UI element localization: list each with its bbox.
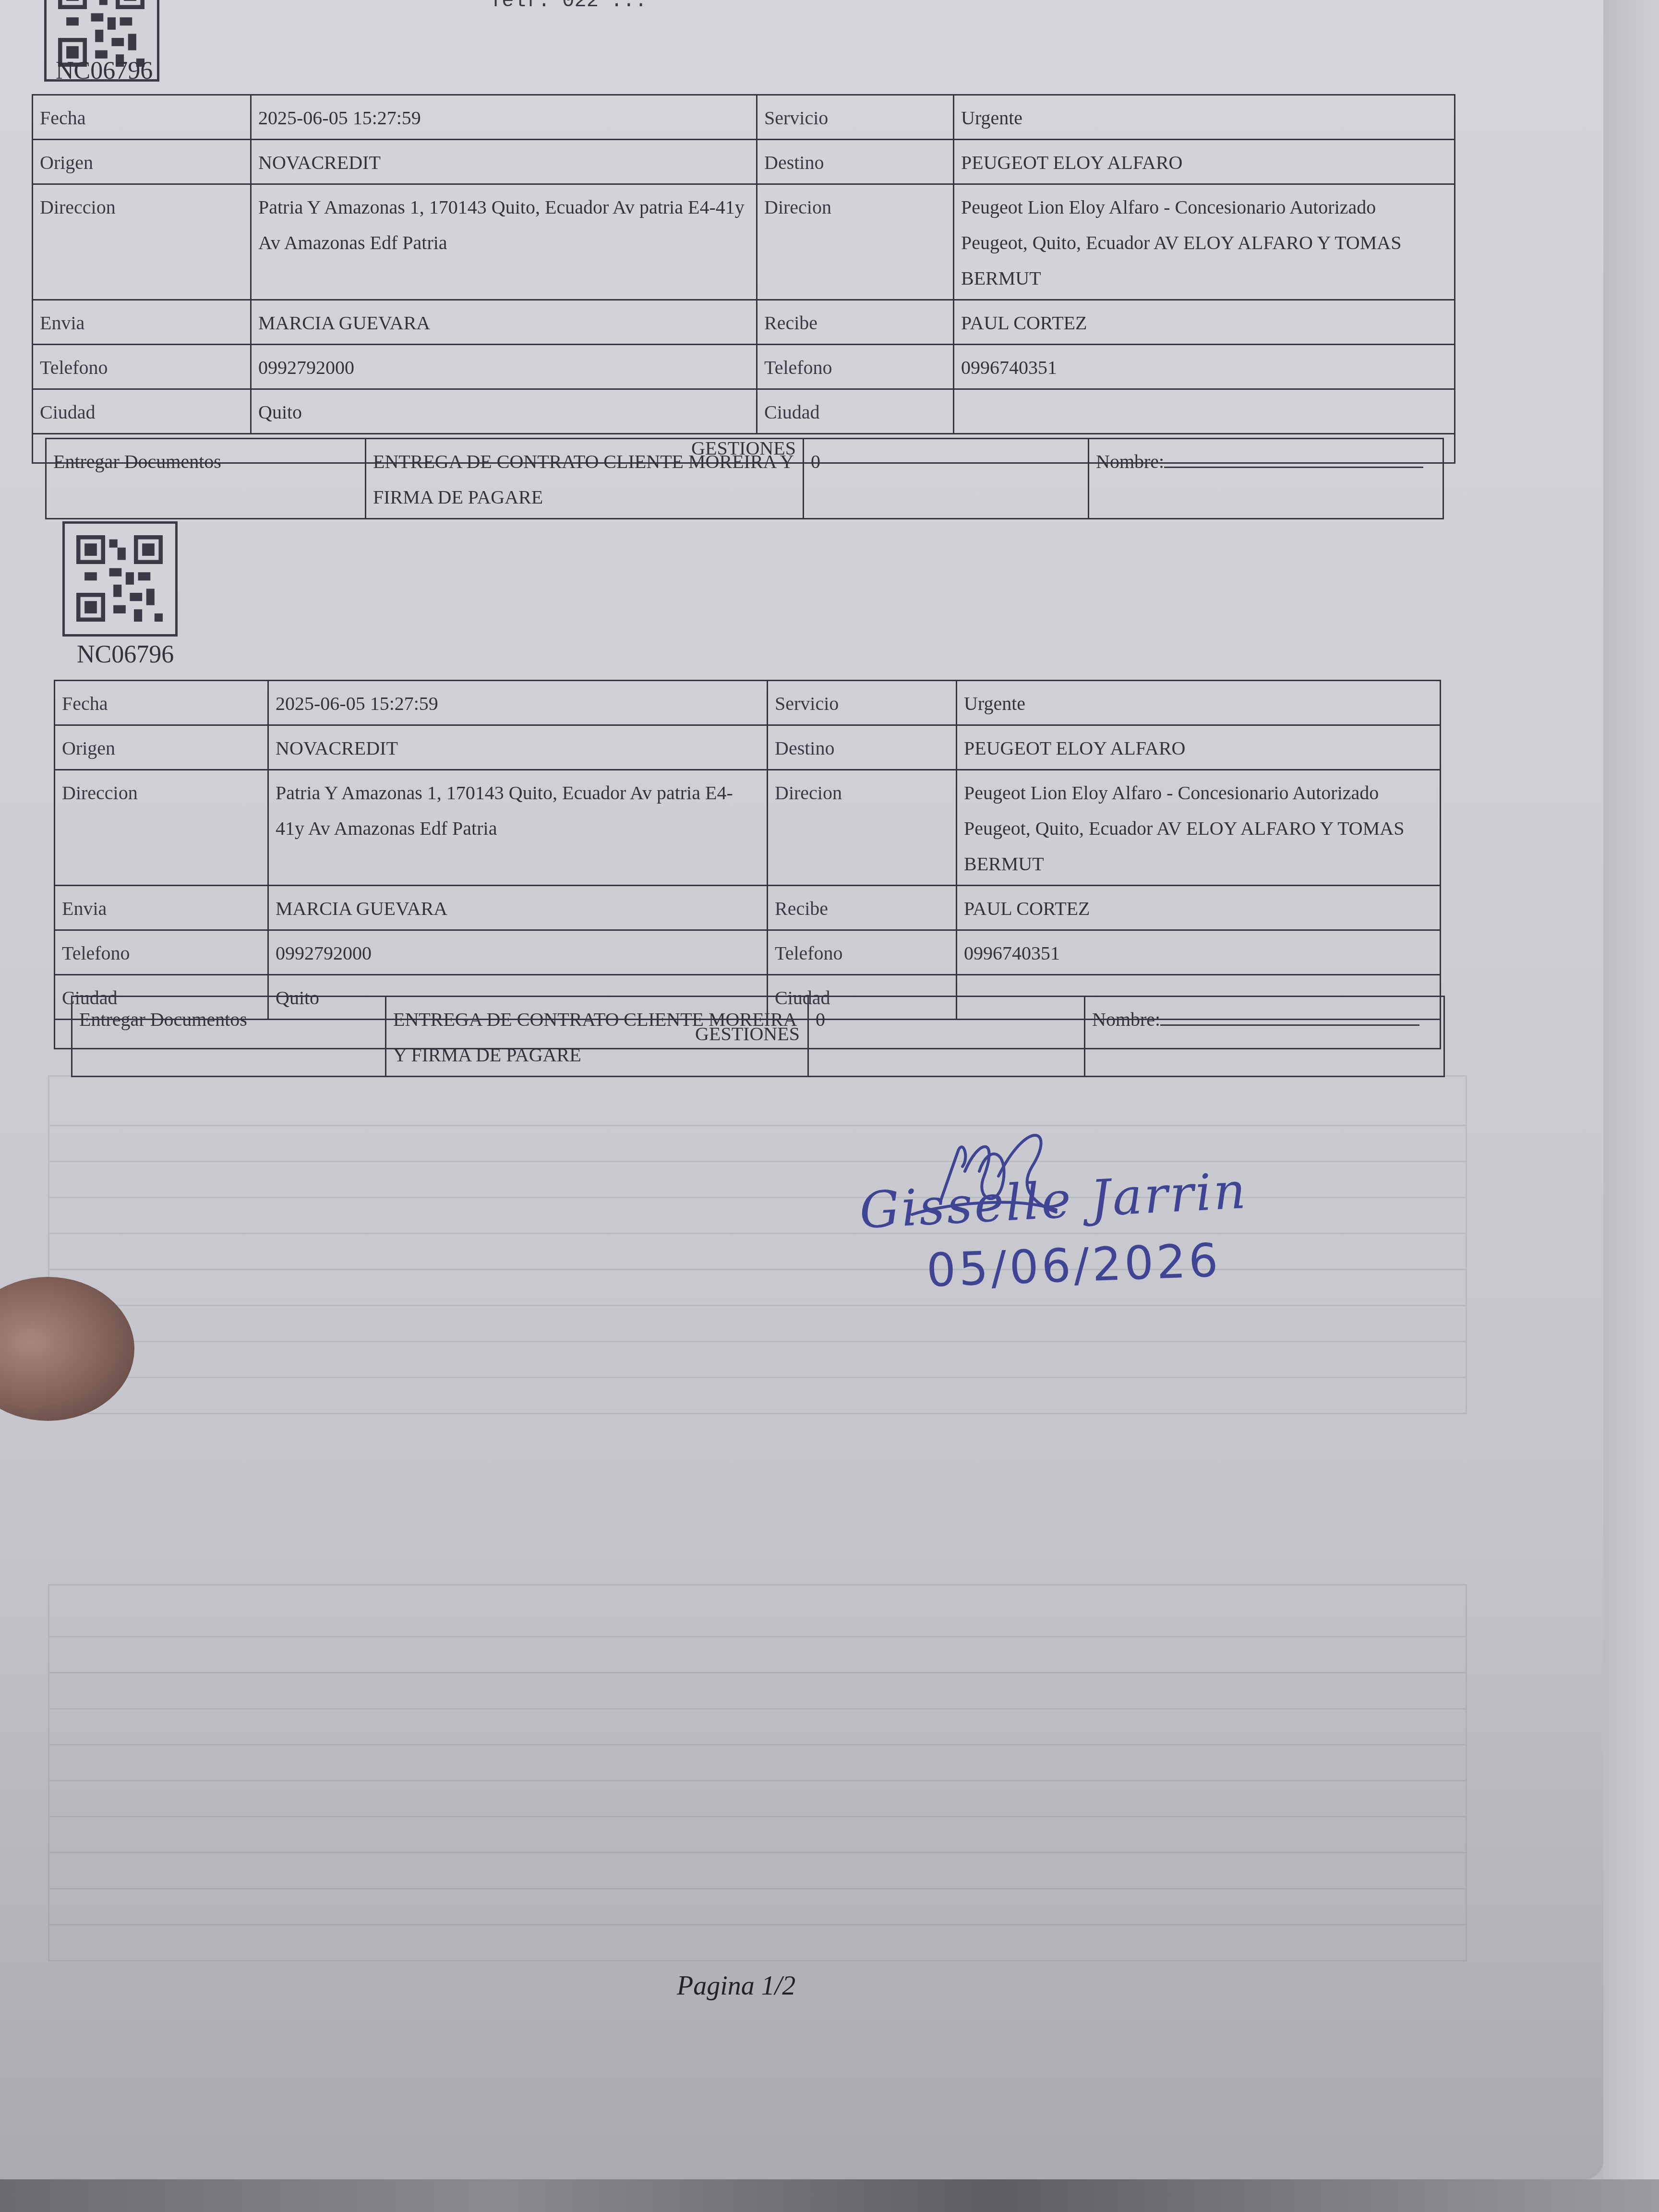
telefono-envia-label: Telefono — [55, 930, 268, 975]
guide-code: NC06796 — [77, 640, 174, 669]
destino-value: PEUGEOT ELOY ALFARO — [954, 140, 1455, 184]
page-number: Pagina 1/2 — [677, 1971, 795, 2001]
fecha-label: Fecha — [33, 95, 251, 140]
telefono-recibe-label: Telefono — [757, 345, 954, 389]
recibe-label: Recibe — [757, 300, 954, 345]
fecha-value: 2025-06-05 15:27:59 — [251, 95, 757, 140]
nombre-field: Nombre: — [1089, 439, 1443, 519]
telefono-recibe-value: 0996740351 — [957, 930, 1441, 975]
servicio-value: Urgente — [957, 681, 1441, 725]
show-through-back-table — [48, 1075, 1467, 1414]
servicio-value: Urgente — [954, 95, 1455, 140]
telefono-envia-value: 0992792000 — [268, 930, 768, 975]
guide-table-2: Fecha 2025-06-05 15:27:59 Servicio Urgen… — [54, 680, 1441, 1049]
gestion-detalle: ENTREGA DE CONTRATO CLIENTE MOREIRA Y FI… — [366, 439, 804, 519]
telefono-envia-value: 0992792000 — [251, 345, 757, 389]
servicio-label: Servicio — [757, 95, 954, 140]
direccion-label: Direccion — [33, 184, 251, 300]
direccion-origen-value: Patria Y Amazonas 1, 170143 Quito, Ecuad… — [251, 184, 757, 300]
signature-date-handwritten: 05/06/2026 — [926, 1233, 1222, 1297]
nombre-blank-line — [1160, 1008, 1419, 1026]
direccion-origen-value: Patria Y Amazonas 1, 170143 Quito, Ecuad… — [268, 770, 768, 886]
nombre-blank-line — [1164, 450, 1423, 468]
fecha-value: 2025-06-05 15:27:59 — [268, 681, 768, 725]
recibe-label: Recibe — [768, 886, 957, 930]
envia-value: MARCIA GUEVARA — [268, 886, 768, 930]
gestiones-table-2: Entregar Documentos ENTREGA DE CONTRATO … — [71, 996, 1445, 1077]
telefono-recibe-label: Telefono — [768, 930, 957, 975]
recibe-value: PAUL CORTEZ — [954, 300, 1455, 345]
envia-label: Envia — [55, 886, 268, 930]
guide-table-1: Fecha 2025-06-05 15:27:59 Servicio Urgen… — [32, 94, 1455, 464]
destino-label: Destino — [757, 140, 954, 184]
ciudad-envia-value: Quito — [251, 389, 757, 434]
header-contact-partial: Telf: 022 ... — [490, 0, 647, 12]
ciudad-recibe-label: Ciudad — [757, 389, 954, 434]
origen-value: NOVACREDIT — [251, 140, 757, 184]
guide-code: NC06796 — [56, 57, 153, 85]
nombre-field: Nombre: — [1085, 997, 1444, 1077]
fecha-label: Fecha — [55, 681, 268, 725]
destino-label: Destino — [768, 725, 957, 770]
telefono-envia-label: Telefono — [33, 345, 251, 389]
origen-value: NOVACREDIT — [268, 725, 768, 770]
background-surface — [1603, 0, 1659, 2212]
direccion-destino-value: Peugeot Lion Eloy Alfaro - Concesionario… — [957, 770, 1441, 886]
gestion-detalle: ENTREGA DE CONTRATO CLIENTE MOREIRA Y FI… — [386, 997, 808, 1077]
gestion-cantidad: 0 — [808, 997, 1085, 1077]
show-through-back-table — [48, 1584, 1467, 1961]
ciudad-envia-label: Ciudad — [33, 389, 251, 434]
origen-label: Origen — [55, 725, 268, 770]
origen-label: Origen — [33, 140, 251, 184]
direccion-label: Direccion — [55, 770, 268, 886]
floor-background — [0, 2179, 1659, 2212]
gestion-cantidad: 0 — [804, 439, 1089, 519]
envia-label: Envia — [33, 300, 251, 345]
ciudad-recibe-value — [954, 389, 1455, 434]
nombre-label: Nombre: — [1096, 451, 1164, 472]
direccion-destino-value: Peugeot Lion Eloy Alfaro - Concesionario… — [954, 184, 1455, 300]
direcion-label: Direcion — [757, 184, 954, 300]
recibe-value: PAUL CORTEZ — [957, 886, 1441, 930]
gestion-tipo: Entregar Documentos — [46, 439, 366, 519]
direcion-label: Direcion — [768, 770, 957, 886]
qr-code-icon — [62, 521, 178, 637]
servicio-label: Servicio — [768, 681, 957, 725]
nombre-label: Nombre: — [1092, 1009, 1160, 1030]
gestion-tipo: Entregar Documentos — [72, 997, 386, 1077]
destino-value: PEUGEOT ELOY ALFARO — [957, 725, 1441, 770]
envia-value: MARCIA GUEVARA — [251, 300, 757, 345]
telefono-recibe-value: 0996740351 — [954, 345, 1455, 389]
gestiones-table-1: Entregar Documentos ENTREGA DE CONTRATO … — [45, 438, 1444, 519]
